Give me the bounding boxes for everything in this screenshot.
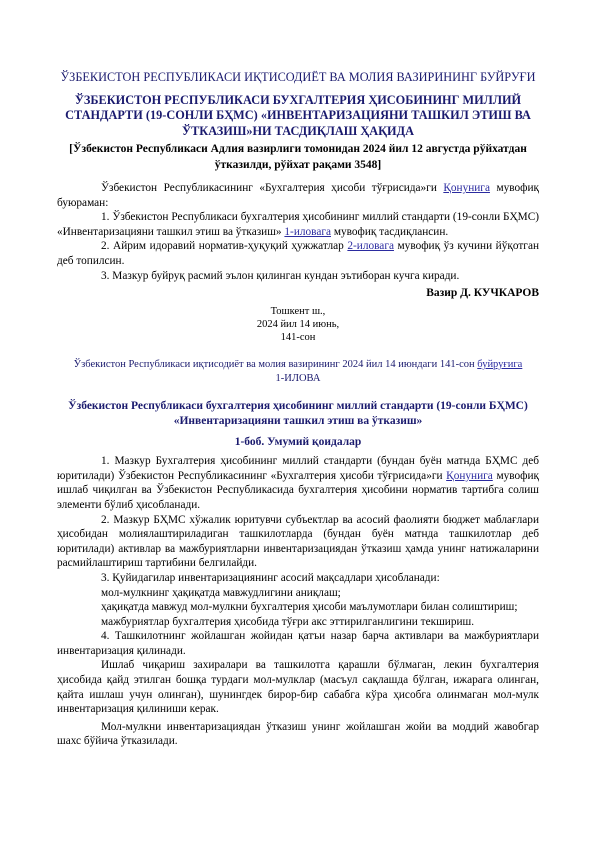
- annex-1-link[interactable]: 1-иловага: [284, 226, 331, 238]
- annex-2-link[interactable]: 2-иловага: [347, 240, 394, 252]
- section-4: 4. Ташкилотнинг жойлашган жойидан қатъи …: [57, 629, 539, 658]
- document-page: ЎЗБЕКИСТОН РЕСПУБЛИКАСИ ИҚТИСОДИЁТ ВА МО…: [57, 0, 539, 749]
- chapter-title: 1-боб. Умумий қоидалар: [57, 435, 539, 450]
- order-item-1: 1. Ўзбекистон Республикаси бухгалтерия ҳ…: [57, 210, 539, 239]
- signature: Вазир Д. КУЧКАРОВ: [57, 285, 539, 301]
- section-3-item-c: мажбуриятлар бухгалтерия ҳисобида тўғри …: [57, 615, 539, 630]
- order-item-2: 2. Айрим идоравий норматив-ҳуқуқий ҳужжа…: [57, 239, 539, 268]
- place-date-value: 2024 йил 14 июнь,: [57, 318, 539, 331]
- standard-title: Ўзбекистон Республикаси бухгалтерия ҳисо…: [57, 399, 539, 429]
- order-link[interactable]: буйруғига: [477, 359, 522, 370]
- ministry-title: ЎЗБЕКИСТОН РЕСПУБЛИКАСИ ИҚТИСОДИЁТ ВА МО…: [57, 70, 539, 85]
- registration-note: [Ўзбекистон Республикаси Адлия вазирлиги…: [57, 142, 539, 173]
- law-link-2[interactable]: Қонунига: [446, 470, 493, 482]
- section-3-item-a: мол-мулкнинг ҳақиқатда мавжудлигини аниқ…: [57, 586, 539, 601]
- order-number: 141-сон: [57, 331, 539, 344]
- place-city: Тошкент ш.,: [57, 305, 539, 318]
- section-2: 2. Мазкур БҲМС хўжалик юритувчи субъектл…: [57, 513, 539, 571]
- annex-header: Ўзбекистон Республикаси иқтисодиёт ва мо…: [57, 358, 539, 385]
- place-date: Тошкент ш., 2024 йил 14 июнь, 141-сон: [57, 305, 539, 344]
- section-3: 3. Қуйидагилар инвентаризациянинг асосий…: [57, 571, 539, 586]
- section-1: 1. Мазкур Бухгалтерия ҳисобининг миллий …: [57, 454, 539, 512]
- preamble: Ўзбекистон Республикасининг «Бухгалтерия…: [57, 181, 539, 210]
- section-3-item-b: ҳақиқатда мавжуд мол-мулкни бухгалтерия …: [57, 600, 539, 615]
- section-4-para-b: Ишлаб чиқариш захиралари ва ташкилотга қ…: [57, 658, 539, 716]
- law-link[interactable]: Қонунига: [443, 182, 490, 194]
- section-4-para-c: Мол-мулкни инвентаризациядан ўтказиш уни…: [57, 720, 539, 749]
- annex-label: 1-ИЛОВА: [57, 372, 539, 386]
- order-item-3: 3. Мазкур буйруқ расмий эълон қилинган к…: [57, 269, 539, 284]
- order-title: ЎЗБЕКИСТОН РЕСПУБЛИКАСИ БУХГАЛТЕРИЯ ҲИСО…: [57, 93, 539, 140]
